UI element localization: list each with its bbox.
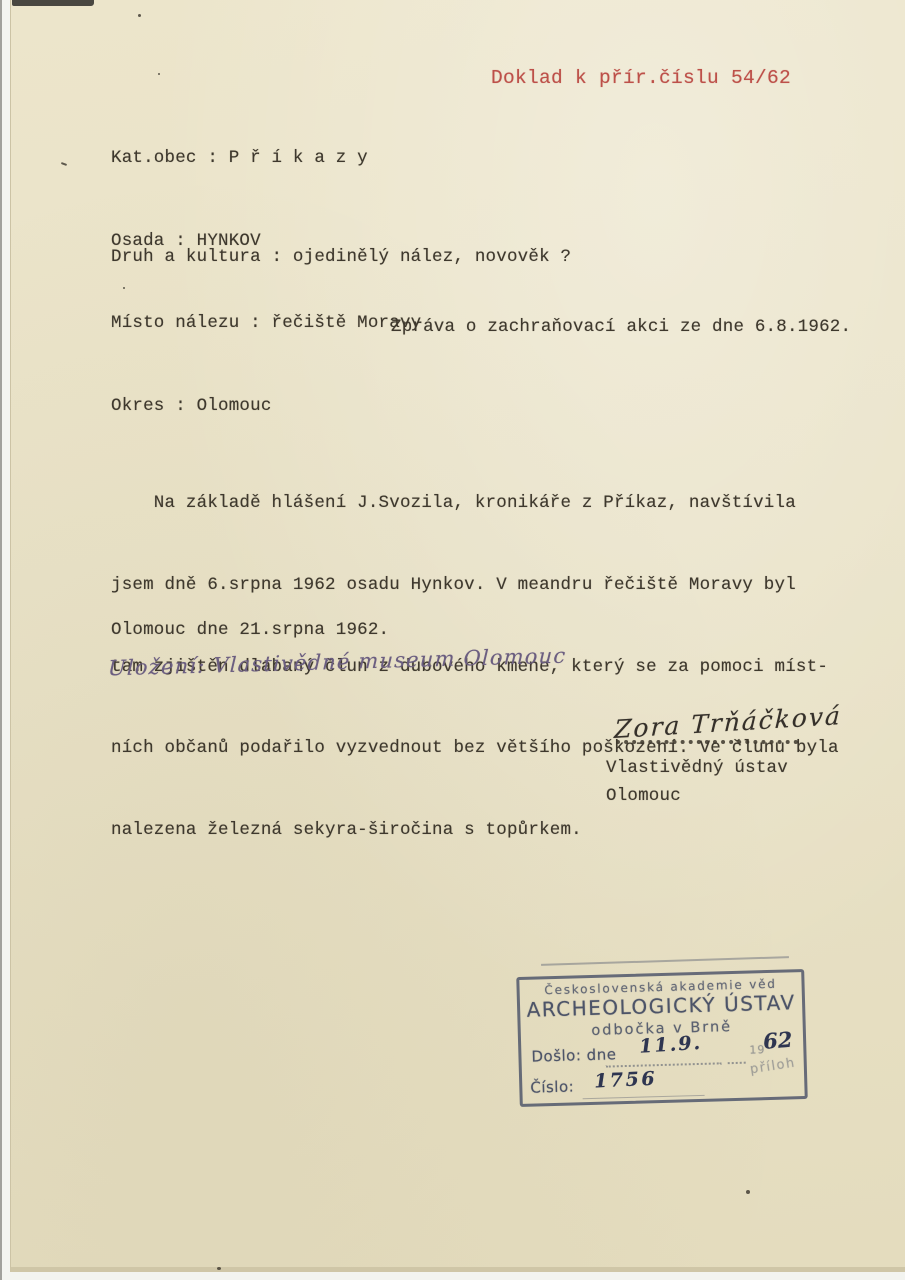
stamp-double-strike-line [541,956,789,966]
stamp-number-handwritten: 1756 [594,1068,658,1093]
paper-sheet: Doklad k přír.číslu 54/62 Kat.obec : P ř… [10,0,905,1272]
paper-speck [61,162,67,166]
body-line: nalezena železná sekyra-širočina s topůr… [111,817,839,844]
stamp-received-label: Došlo: dne [531,1045,616,1065]
date-place-line: Olomouc dne 21.srpna 1962. [111,620,389,640]
accession-ref-stamp: Doklad k přír.číslu 54/62 [491,67,791,89]
classification-line: Druh a kultura : ojedinělý nález, novově… [111,247,571,267]
stamp-received-fill-line [606,1062,722,1067]
stamp-year-handwritten: 62 [762,1027,793,1054]
paper-speck [746,1190,750,1194]
header-field-okres: Okres : Olomouc [111,393,421,421]
stamp-number-fill-line [583,1095,705,1099]
header-block: Kat.obec : P ř í k a z y Osada : HYNKOV … [111,90,421,475]
paper-speck [158,73,160,75]
stamp-received-fill-dash [728,1062,746,1065]
paper-speck [138,14,141,17]
header-field-kat-obec: Kat.obec : P ř í k a z y [111,145,421,173]
body-line: Na základě hlášení J.Svozila, kronikáře … [111,490,839,517]
signature-org-line2: Olomouc [606,786,681,806]
stamp-attachments-label: příloh [749,1056,797,1078]
signature-dotted-line [616,740,798,744]
scan-background: { "ref_stamp": { "text": "Doklad k přír.… [0,0,905,1280]
scanner-edge-left [0,0,2,1280]
paper-speck [123,287,125,289]
stamp-number-label: Číslo: [530,1077,574,1096]
arrival-stamp: Československá akademie věd ARCHEOLOGICK… [516,969,808,1107]
body-line: jsem dně 6.srpna 1962 osadu Hynkov. V me… [111,572,839,599]
signature-org-line1: Vlastivědný ústav [606,758,788,778]
stamp-received-date-handwritten: 11.9. [639,1032,703,1058]
paper-speck [217,1267,221,1270]
scanner-edge-artifact [12,0,94,6]
header-field-misto-nalezu: Místo nálezu : řečiště Moravy [111,310,421,338]
report-title: Zpráva o zachraňovací akci ze dne 6.8.19… [391,317,851,337]
